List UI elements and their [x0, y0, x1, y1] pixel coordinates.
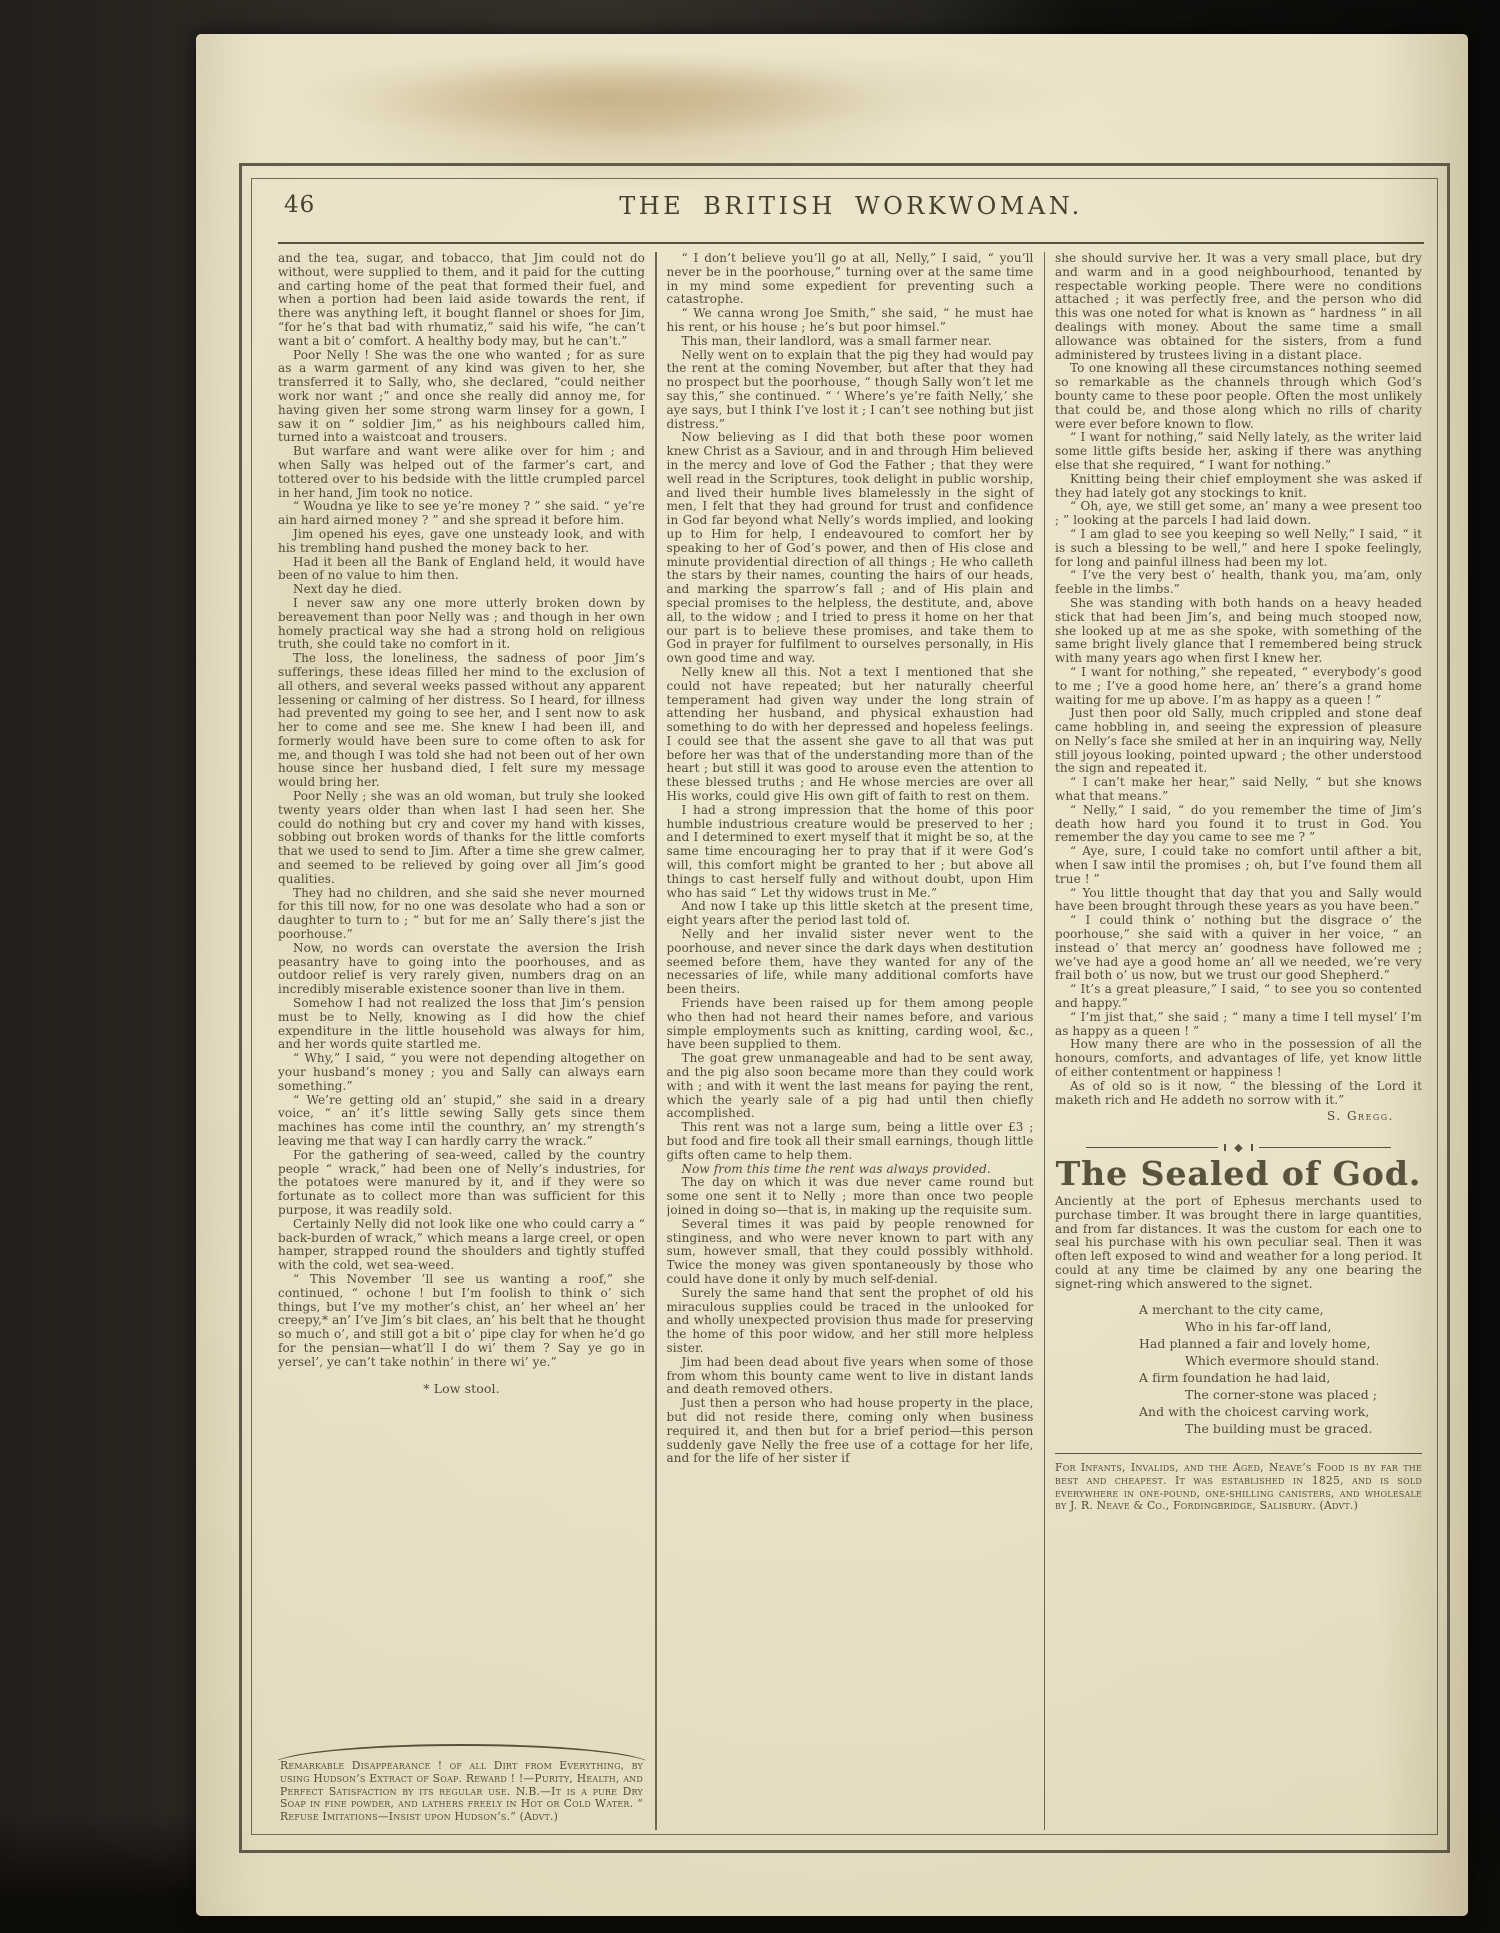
text-columns: and the tea, sugar, and tobacco, that Ji…	[278, 252, 1424, 1830]
paragraph: “ I want for nothing,” she repeated, “ e…	[1055, 666, 1422, 707]
poem-line: The corner-stone was placed ;	[1185, 1386, 1422, 1403]
paragraph: “ You little thought that day that you a…	[1055, 887, 1422, 915]
paragraph: “ I want for nothing,” said Nelly lately…	[1055, 431, 1422, 472]
paragraph: “ Woudna ye like to see ye’re money ? ” …	[278, 500, 645, 528]
paragraph: Now believing as I did that both these p…	[667, 431, 1034, 666]
paragraph: she should survive her. It was a very sm…	[1055, 252, 1422, 362]
advert-box-hudsons-soap: Remarkable Disappearance ! of all Dirt f…	[278, 1744, 645, 1830]
paragraph: Somehow I had not realized the loss that…	[278, 997, 645, 1052]
paragraph: Had it been all the Bank of England held…	[278, 556, 645, 584]
paragraph: This rent was not a large sum, being a l…	[667, 1121, 1034, 1162]
paragraph: Nelly knew all this. Not a text I mentio…	[667, 666, 1034, 804]
paragraph: But warfare and want were alike over for…	[278, 445, 645, 500]
poem-line: And with the choicest carving work,	[1139, 1403, 1422, 1420]
paragraph: Nelly and her invalid sister never went …	[667, 928, 1034, 997]
poem-line: The building must be graced.	[1185, 1420, 1422, 1437]
poem: A merchant to the city came,Who in his f…	[1139, 1301, 1422, 1437]
column-divider-rule	[655, 252, 657, 1830]
section-divider-ornament: ◆	[1085, 1142, 1392, 1153]
author-signature: S. Gregg.	[1055, 1110, 1422, 1124]
poem-line: A firm foundation he had laid,	[1139, 1369, 1422, 1386]
paragraph: “ It’s a great pleasure,” I said, “ to s…	[1055, 983, 1422, 1011]
section-title-blackletter: The Sealed of God.	[1055, 1167, 1422, 1181]
publication-masthead: THE BRITISH WORKWOMAN.	[278, 192, 1424, 220]
paragraph: Jim had been dead about five years when …	[667, 1356, 1034, 1397]
advert-separator-rule	[1055, 1453, 1422, 1455]
poem-line: Which evermore should stand.	[1185, 1352, 1422, 1369]
paragraph: “ I don’t believe you’ll go at all, Nell…	[667, 252, 1034, 307]
paragraph: Now from this time the rent was always p…	[667, 1163, 1034, 1177]
page-header: 46 THE BRITISH WORKWOMAN.	[278, 186, 1424, 230]
column-2: “ I don’t believe you’ll go at all, Nell…	[667, 252, 1034, 1830]
paragraph: “ I’m jist that,” she said ; “ many a ti…	[1055, 1011, 1422, 1039]
paragraph: “ Nelly,” I said, “ do you remember the …	[1055, 804, 1422, 845]
paragraph: “ Oh, aye, we still get some, an’ many a…	[1055, 500, 1422, 528]
paragraph: Poor Nelly ! She was the one who wanted …	[278, 349, 645, 446]
column-divider-rule	[1044, 252, 1046, 1830]
paragraph: Anciently at the port of Ephesus merchan…	[1055, 1195, 1422, 1292]
paragraph: To one knowing all these circumstances n…	[1055, 362, 1422, 431]
advert-neaves-food: For Infants, Invalids, and the Aged, Nea…	[1055, 1462, 1422, 1513]
column-3: she should survive her. It was a very sm…	[1055, 252, 1422, 1830]
paragraph: The loss, the loneliness, the sadness of…	[278, 652, 645, 790]
section-text: Anciently at the port of Ephesus merchan…	[1055, 1195, 1422, 1292]
paragraph: “ I’ve the very best o’ health, thank yo…	[1055, 569, 1422, 597]
paragraph: How many there are who in the possession…	[1055, 1038, 1422, 1079]
column-2-text: “ I don’t believe you’ll go at all, Nell…	[667, 252, 1034, 1466]
paragraph: The goat grew unmanageable and had to be…	[667, 1052, 1034, 1121]
paragraph: Poor Nelly ; she was an old woman, but t…	[278, 790, 645, 887]
paragraph: I had a strong impression that the home …	[667, 804, 1034, 901]
paragraph: “ I can’t make her hear,” said Nelly, “ …	[1055, 776, 1422, 804]
paragraph: Now, no words can overstate the aversion…	[278, 942, 645, 997]
paragraph: “ This November ’ll see us wanting a roo…	[278, 1273, 645, 1370]
paragraph: And now I take up this little sketch at …	[667, 900, 1034, 928]
paragraph: For the gathering of sea-weed, called by…	[278, 1149, 645, 1218]
paragraph: “ Aye, sure, I could take no comfort unt…	[1055, 845, 1422, 886]
book-fore-edge	[24, 4, 198, 1930]
paragraph: Certainly Nelly did not look like one wh…	[278, 1218, 645, 1273]
paragraph: Next day he died.	[278, 583, 645, 597]
column-1: and the tea, sugar, and tobacco, that Ji…	[278, 252, 645, 1830]
paragraph: “ We’re getting old an’ stupid,” she sai…	[278, 1094, 645, 1149]
poem-line: Had planned a fair and lovely home,	[1139, 1335, 1422, 1352]
paragraph: “ We canna wrong Joe Smith,” she said, “…	[667, 307, 1034, 335]
paragraph: She was standing with both hands on a he…	[1055, 597, 1422, 666]
paragraph: The day on which it was due never came r…	[667, 1176, 1034, 1217]
paragraph: Knitting being their chief employment sh…	[1055, 473, 1422, 501]
paragraph: As of old so is it now, “ the blessing o…	[1055, 1080, 1422, 1108]
paragraph: Nelly went on to explain that the pig th…	[667, 349, 1034, 432]
paragraph: “ I am glad to see you keeping so well N…	[1055, 528, 1422, 569]
paragraph: I never saw any one more utterly broken …	[278, 597, 645, 652]
diamond-ornament-icon: ◆	[1234, 1142, 1243, 1153]
paragraph: This man, their landlord, was a small fa…	[667, 335, 1034, 349]
paragraph: Friends have been raised up for them amo…	[667, 997, 1034, 1052]
paragraph: “ Why,” I said, “ you were not depending…	[278, 1052, 645, 1093]
column-1-text: and the tea, sugar, and tobacco, that Ji…	[278, 252, 645, 1370]
paragraph: Jim opened his eyes, gave one unsteady l…	[278, 528, 645, 556]
paragraph: They had no children, and she said she n…	[278, 887, 645, 942]
column-3-text: she should survive her. It was a very sm…	[1055, 252, 1422, 1107]
paragraph: Just then a person who had house propert…	[667, 1397, 1034, 1466]
header-rule	[278, 242, 1424, 244]
advert-text: Remarkable Disappearance ! of all Dirt f…	[280, 1760, 643, 1824]
poem-line: A merchant to the city came,	[1139, 1301, 1422, 1318]
paragraph: “ I could think o’ nothing but the disgr…	[1055, 914, 1422, 983]
footnote: * Low stool.	[278, 1382, 645, 1396]
poem-line: Who in his far-off land,	[1185, 1318, 1422, 1335]
paragraph: Surely the same hand that sent the proph…	[667, 1287, 1034, 1356]
scanned-page: 46 THE BRITISH WORKWOMAN. and the tea, s…	[196, 34, 1468, 1916]
paragraph: Several times it was paid by people reno…	[667, 1218, 1034, 1287]
paragraph: and the tea, sugar, and tobacco, that Ji…	[278, 252, 645, 349]
paragraph: Just then poor old Sally, much crippled …	[1055, 707, 1422, 776]
